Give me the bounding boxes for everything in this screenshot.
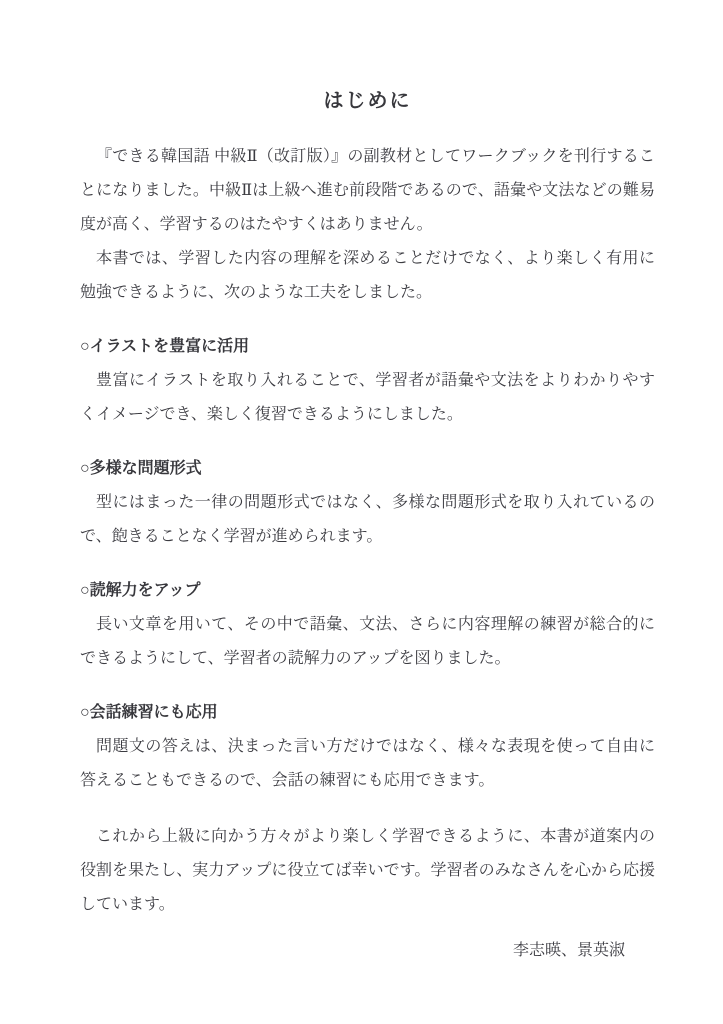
section-heading-conversation-practice: ○会話練習にも応用 [80, 696, 655, 730]
closing-paragraph: これから上級に向かう方々がより楽しく学習できるように、本書が道案内の役割を果たし… [80, 820, 655, 922]
section-heading-illustrations: ○イラストを豊富に活用 [80, 330, 655, 364]
section-body-question-formats: 型にはまった一律の問題形式ではなく、多様な問題形式を取り入れているので、飽きるこ… [80, 486, 655, 554]
section-body-reading-skill: 長い文章を用いて、その中で語彙、文法、さらに内容理解の練習が総合的にできるように… [80, 608, 655, 676]
intro-paragraph-2: 本書では、学習した内容の理解を深めることだけでなく、より楽しく有用に勉強できるよ… [80, 242, 655, 310]
document-page: はじめに 『できる韓国語 中級Ⅱ（改訂版）』の副教材としてワークブックを刊行する… [0, 0, 723, 1024]
section-conversation-practice: ○会話練習にも応用 問題文の答えは、決まった言い方だけではなく、様々な表現を使っ… [80, 696, 655, 798]
section-body-illustrations: 豊富にイラストを取り入れることで、学習者が語彙や文法をよりわかりやすくイメージで… [80, 364, 655, 432]
section-illustrations: ○イラストを豊富に活用 豊富にイラストを取り入れることで、学習者が語彙や文法をよ… [80, 330, 655, 432]
section-question-formats: ○多様な問題形式 型にはまった一律の問題形式ではなく、多様な問題形式を取り入れて… [80, 452, 655, 554]
section-heading-reading-skill: ○読解力をアップ [80, 574, 655, 608]
section-reading-skill: ○読解力をアップ 長い文章を用いて、その中で語彙、文法、さらに内容理解の練習が総… [80, 574, 655, 676]
section-body-conversation-practice: 問題文の答えは、決まった言い方だけではなく、様々な表現を使って自由に答えることも… [80, 730, 655, 798]
page-title: はじめに [80, 88, 655, 114]
intro-paragraph-1: 『できる韓国語 中級Ⅱ（改訂版）』の副教材としてワークブックを刊行することになり… [80, 140, 655, 242]
section-heading-question-formats: ○多様な問題形式 [80, 452, 655, 486]
signature: 李志暎、景英淑 [80, 934, 625, 968]
